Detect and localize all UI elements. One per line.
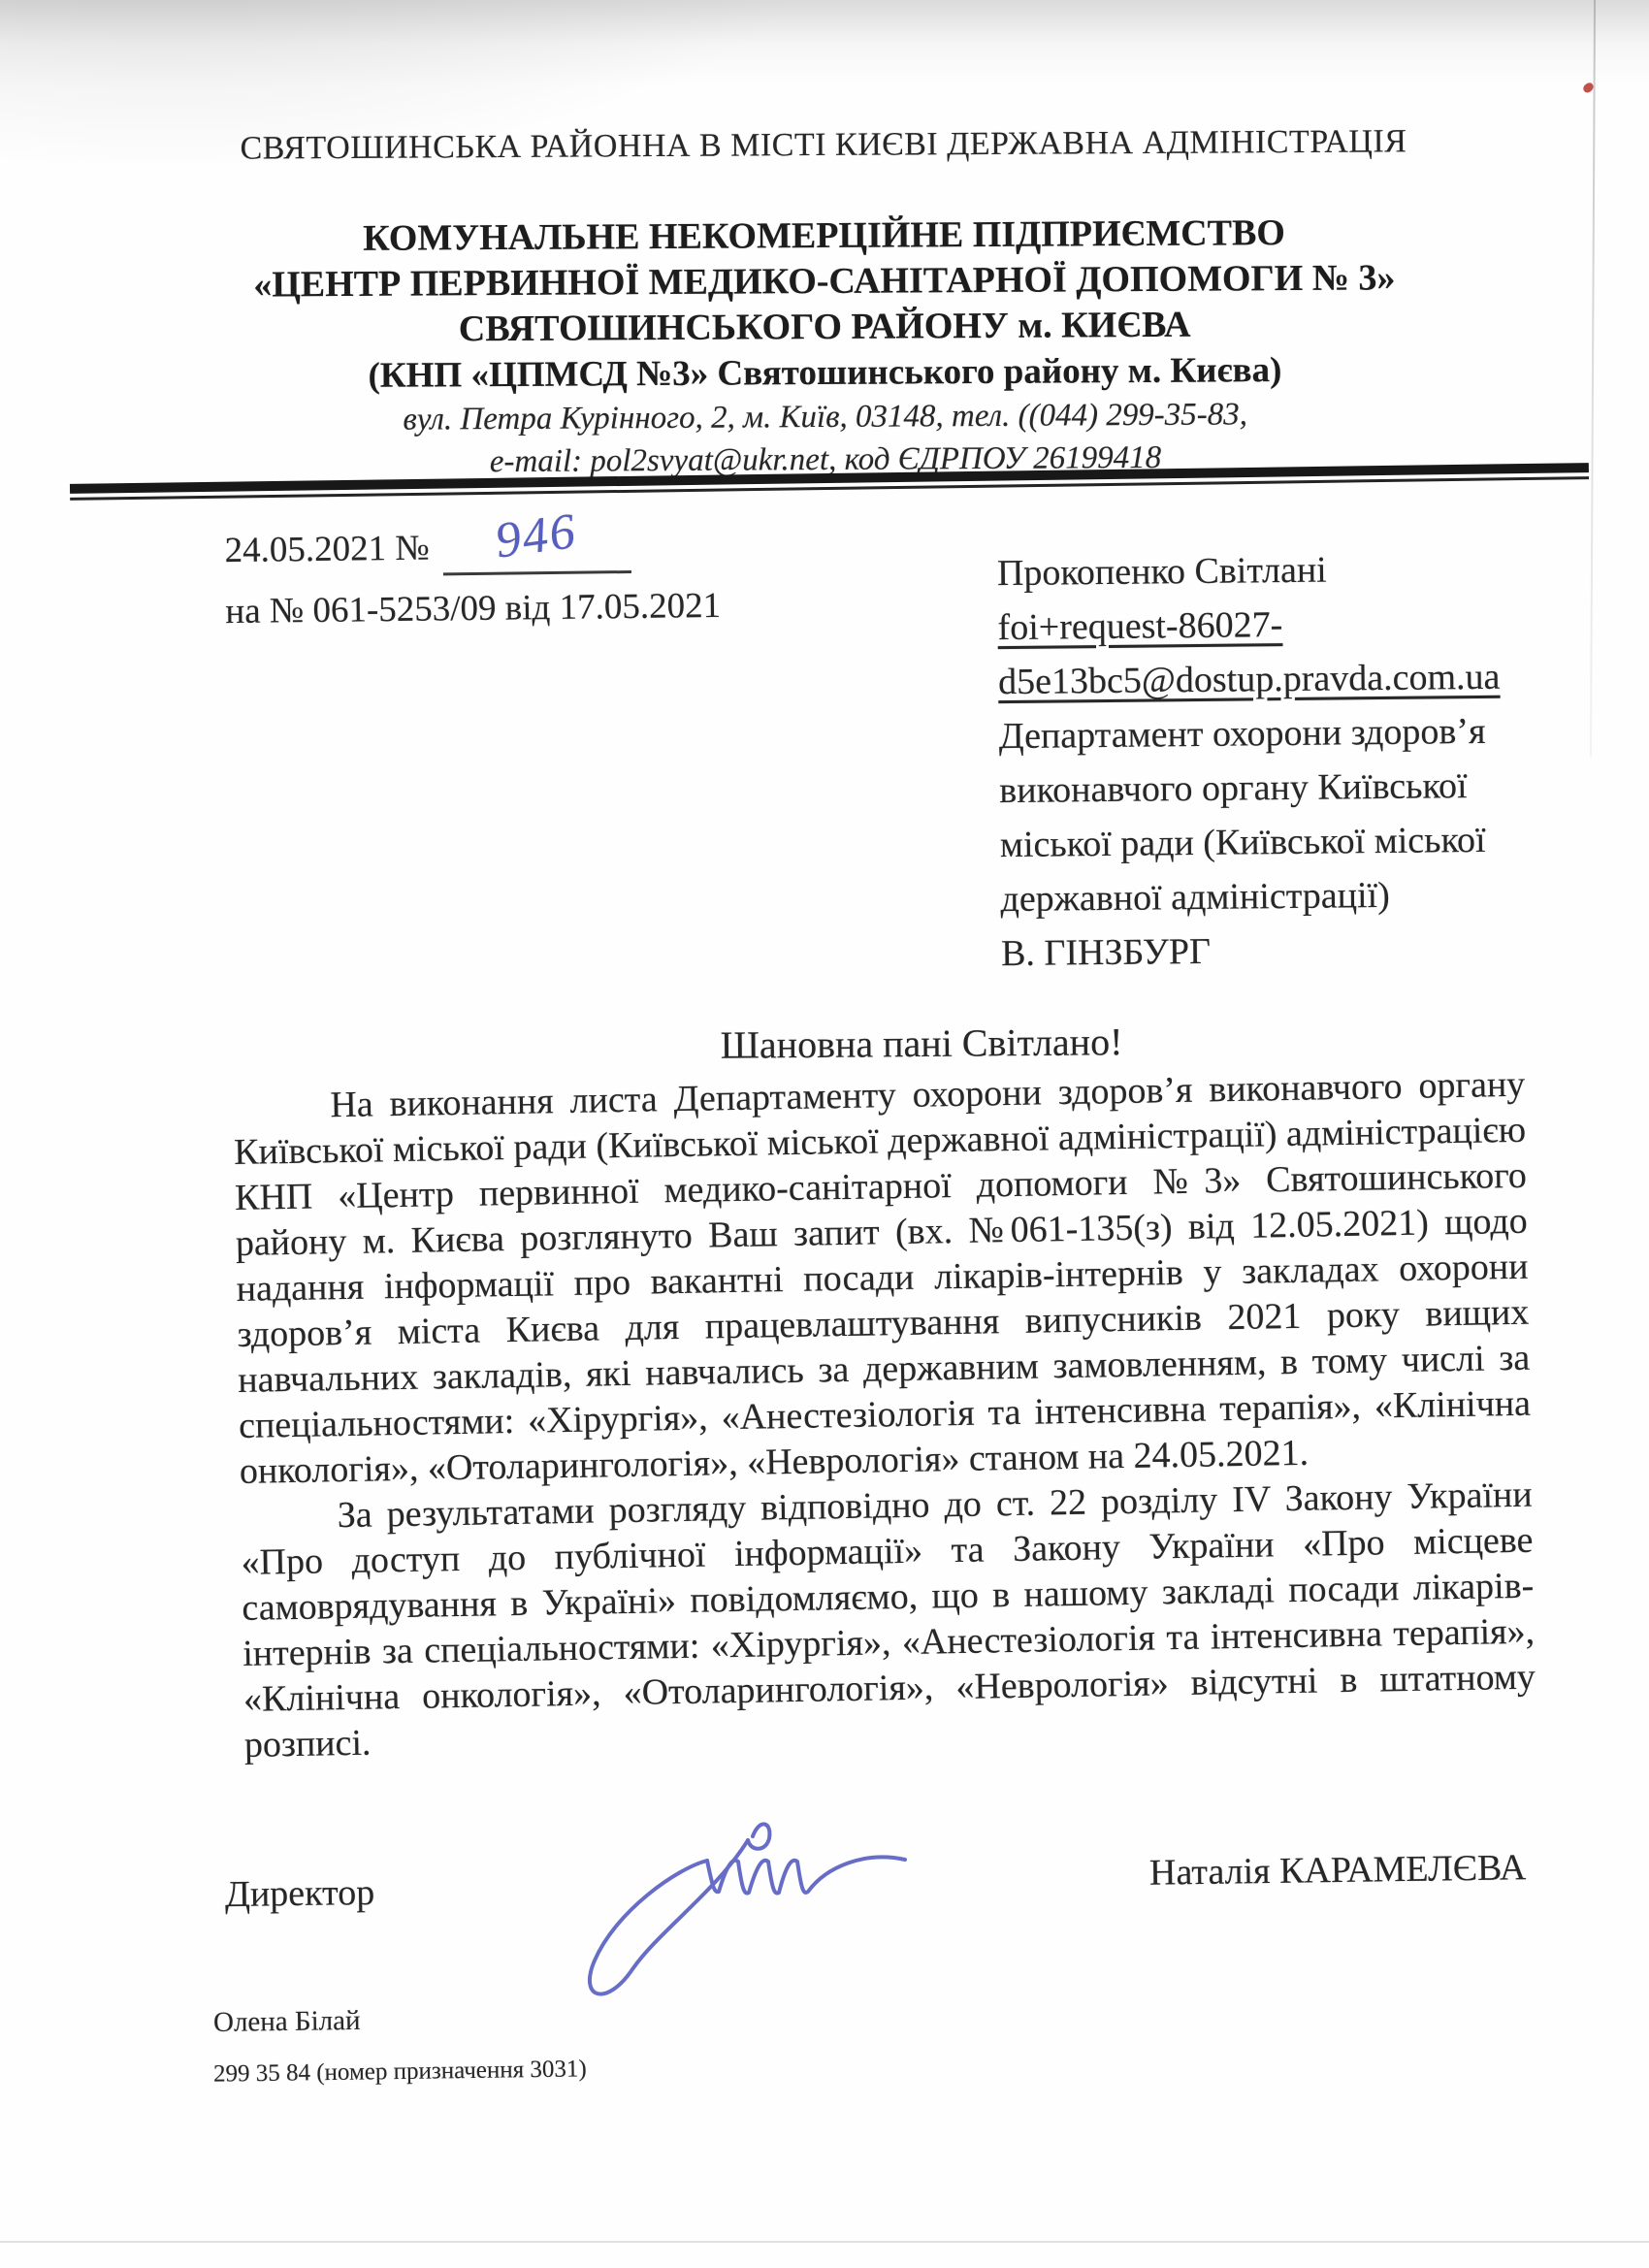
letter-body: На виконання листа Департаменту охорони … bbox=[233, 1062, 1536, 1768]
scanned-letter-page: СВЯТОШИНСЬКА РАЙОННА В МІСТІ КИЄВІ ДЕРЖА… bbox=[0, 0, 1649, 2268]
recipient-department-line1: Департамент охорони здоров’я bbox=[998, 703, 1581, 763]
recipient-department-line2: виконавчого органу Київської bbox=[999, 758, 1582, 818]
executor-phone: 299 35 84 (номер призначення 3031) bbox=[213, 2056, 587, 2088]
handwritten-outgoing-number: 946 bbox=[494, 512, 580, 562]
reference-block: 24.05.2021 №946 на № 061-5253/09 від 17.… bbox=[224, 521, 721, 634]
recipient-name: Прокопенко Світлані bbox=[997, 540, 1580, 600]
incoming-reference-line: на № 061-5253/09 від 17.05.2021 bbox=[225, 584, 721, 634]
executor-name: Олена Білай bbox=[213, 2005, 361, 2039]
recipient-department-line4: державної адміністрації) bbox=[1000, 866, 1583, 926]
outgoing-date-line: 24.05.2021 №946 bbox=[224, 521, 720, 578]
outgoing-number-underline: 946 bbox=[442, 522, 631, 575]
recipient-email-line2: d5e13bc5@dostup.pravda.com.ua bbox=[998, 649, 1581, 709]
signer-name: Наталія КАРАМЕЛЄВА bbox=[1149, 1846, 1527, 1894]
recipient-email-line1: foi+request-86027- bbox=[997, 595, 1580, 655]
recipient-block: Прокопенко Світлані foi+request-86027- d… bbox=[997, 540, 1584, 981]
letterhead: СВЯТОШИНСЬКА РАЙОННА В МІСТІ КИЄВІ ДЕРЖА… bbox=[0, 121, 1649, 486]
scan-edge-shading bbox=[0, 0, 1649, 116]
signer-title: Директор bbox=[225, 1871, 375, 1916]
recipient-department-line3: міської ради (Київської міської bbox=[1000, 812, 1583, 872]
body-paragraph-2: За результатами розгляду відповідно до с… bbox=[240, 1473, 1536, 1768]
body-paragraph-1: На виконання листа Департаменту охорони … bbox=[233, 1062, 1532, 1495]
scan-bottom-edge bbox=[0, 2241, 1649, 2243]
director-signature-ink bbox=[563, 1783, 912, 2055]
authority-name: СВЯТОШИНСЬКА РАЙОННА В МІСТІ КИЄВІ ДЕРЖА… bbox=[0, 121, 1648, 170]
outgoing-date-label: 24.05.2021 № bbox=[224, 529, 430, 571]
recipient-official-name: В. ГІНЗБУРГ bbox=[1001, 921, 1584, 981]
salutation: Шановна пані Світлано! bbox=[291, 1015, 1552, 1071]
